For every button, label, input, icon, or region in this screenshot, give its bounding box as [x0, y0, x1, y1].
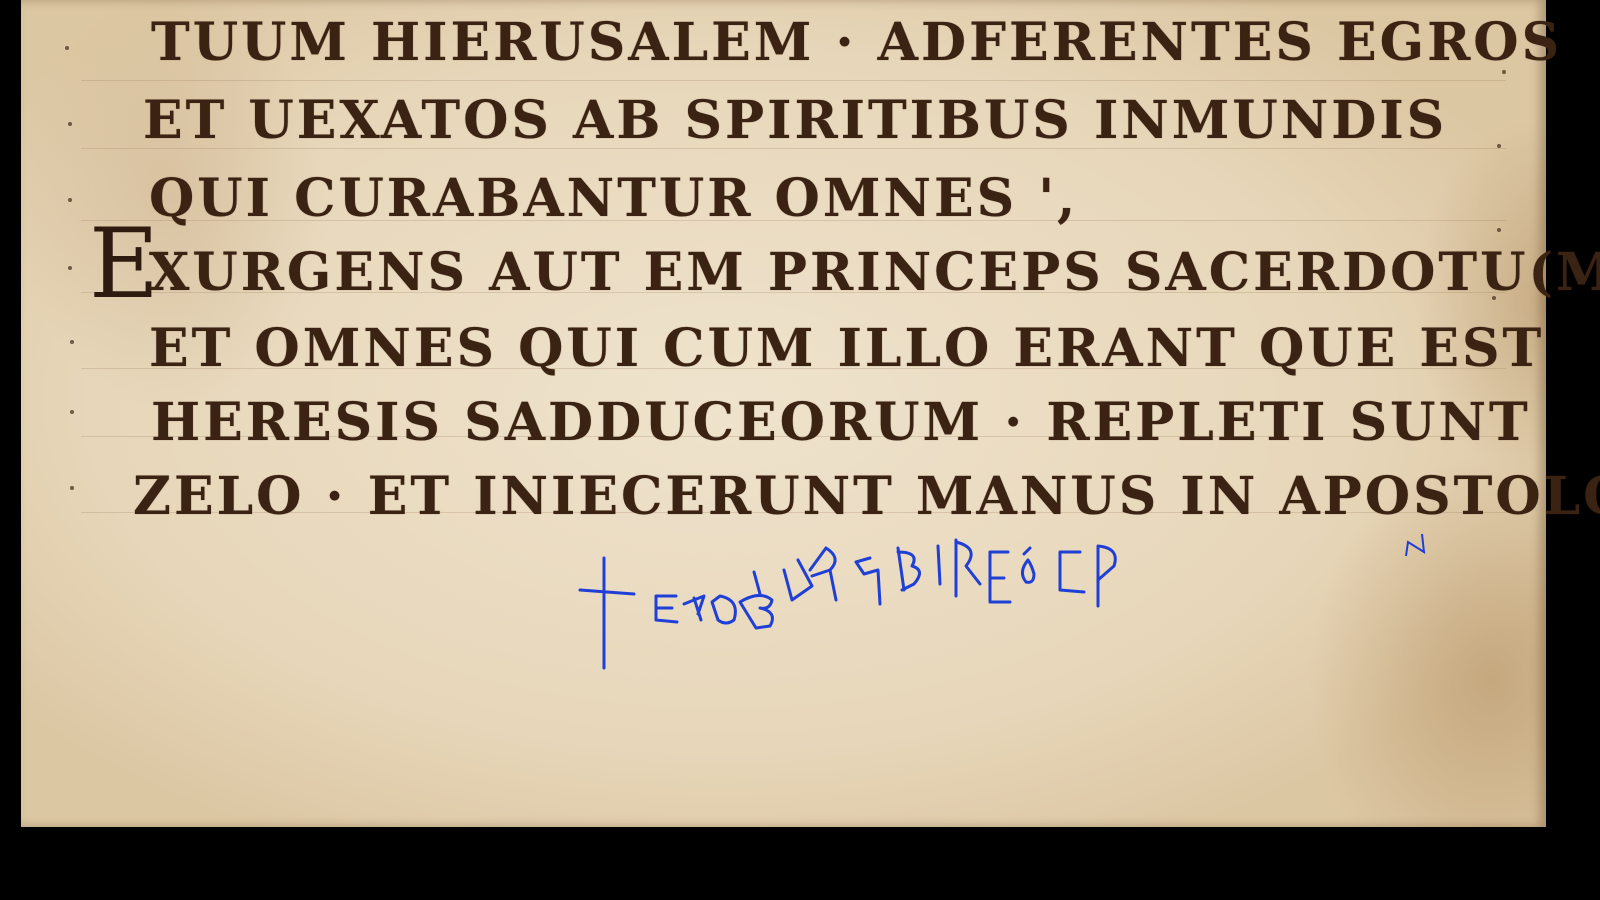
runic-annotation-overlay	[0, 0, 1600, 900]
annotation-drawing	[580, 540, 1115, 668]
marginal-mark	[1406, 534, 1424, 556]
